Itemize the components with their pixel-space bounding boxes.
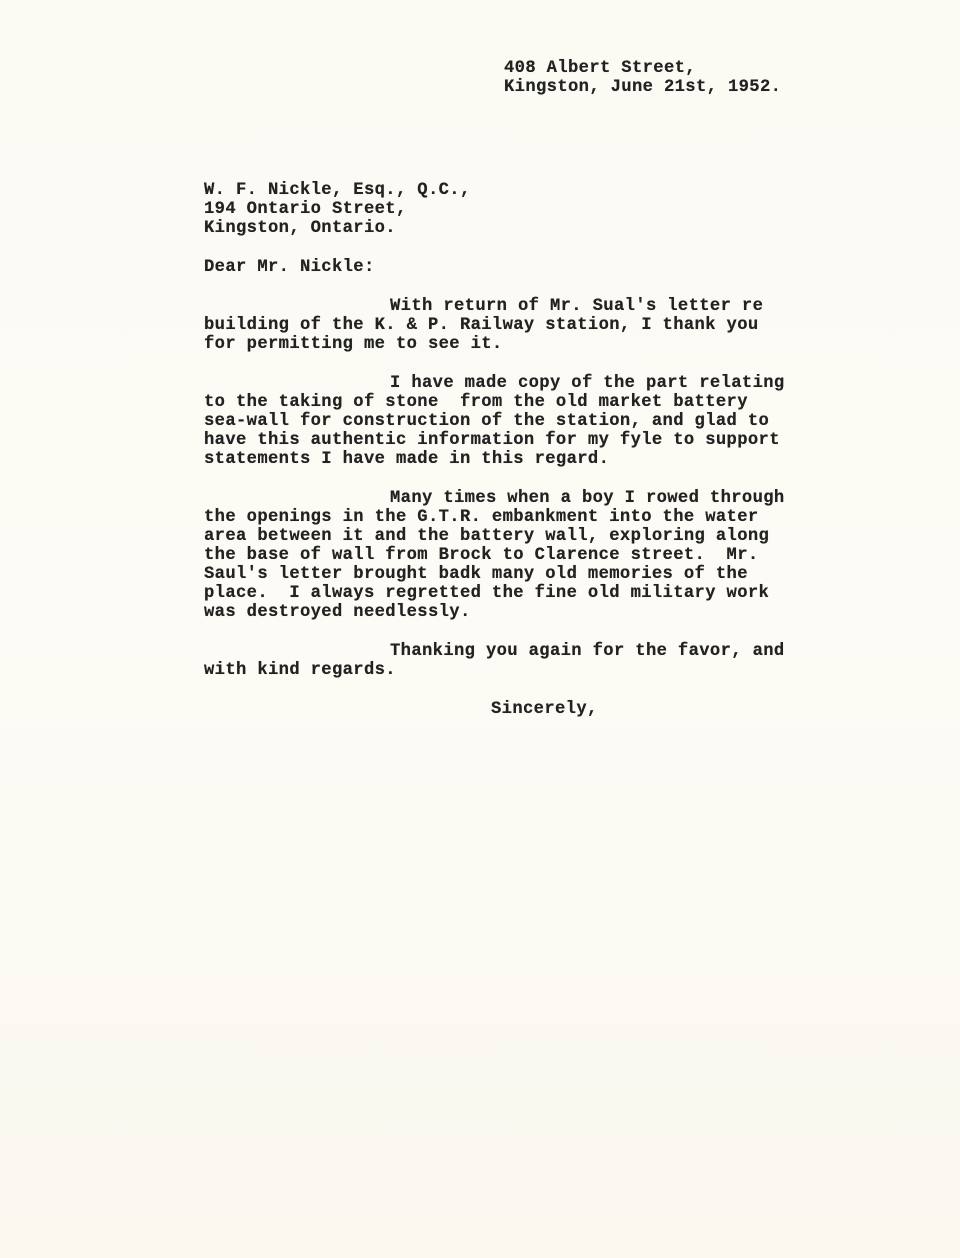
paragraph-3-line: the base of wall from Brock to Clarence …: [204, 546, 759, 565]
paragraph-3-line: area between it and the battery wall, ex…: [204, 527, 769, 546]
paragraph-2-line: have this authentic information for my f…: [204, 431, 780, 450]
paragraph-4-line: Thanking you again for the favor, and: [390, 642, 785, 661]
closing: Sincerely,: [491, 700, 598, 719]
return-address-date: Kingston, June 21st, 1952.: [504, 78, 781, 97]
paragraph-1-line: for permitting me to see it.: [204, 335, 503, 354]
paragraph-3-line: Many times when a boy I rowed through: [390, 489, 785, 508]
paragraph-3-line: was destroyed needlessly.: [204, 603, 471, 622]
paragraph-3-line: Saul's letter brought badk many old memo…: [204, 565, 748, 584]
recipient-street: 194 Ontario Street,: [204, 200, 407, 219]
paragraph-3-line: the openings in the G.T.R. embankment in…: [204, 508, 759, 527]
return-address-street: 408 Albert Street,: [504, 59, 696, 78]
paragraph-1-line: building of the K. & P. Railway station,…: [204, 316, 759, 335]
paragraph-4-line: with kind regards.: [204, 661, 396, 680]
paragraph-2-line: sea-wall for construction of the station…: [204, 412, 769, 431]
recipient-city: Kingston, Ontario.: [204, 219, 396, 238]
paragraph-2-line: I have made copy of the part relating: [390, 374, 785, 393]
paragraph-2-line: to the taking of stone from the old mark…: [204, 393, 748, 412]
salutation: Dear Mr. Nickle:: [204, 258, 375, 277]
letter-page: 408 Albert Street, Kingston, June 21st, …: [0, 0, 960, 1258]
recipient-name: W. F. Nickle, Esq., Q.C.,: [204, 181, 471, 200]
paragraph-1-line: With return of Mr. Sual's letter re: [390, 297, 763, 316]
paragraph-3-line: place. I always regretted the fine old m…: [204, 584, 769, 603]
paragraph-2-line: statements I have made in this regard.: [204, 450, 609, 469]
